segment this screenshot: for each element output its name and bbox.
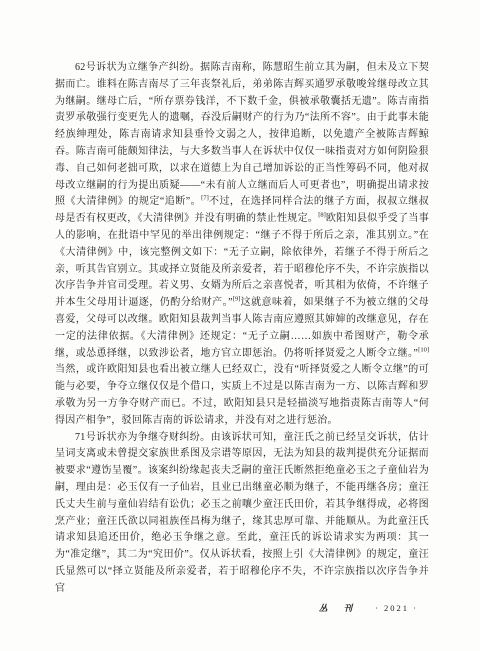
body-text: 62号诉状为立继争产纠纷。据陈吉南称，陈慧昭生前立其为嗣，但未及立下契据而亡。谁… [55,60,429,598]
page-footer: 丛 刊 · 2021 · [319,602,418,614]
journal-title: 丛 刊 [319,602,359,614]
footnote-ref: [8] [318,212,326,219]
footnote-ref: [7] [201,195,209,202]
footnote-ref: [10] [418,346,429,353]
paragraph: 71号诉状亦为争继夺财纠纷。由该诉状可知，童汪氏之前已经呈交诉状，估计呈词支离或… [55,430,429,598]
text-run: 62号诉状为立继争产纠纷。据陈吉南称，陈慧昭生前立其为嗣，但未及立下契据而亡。谁… [55,62,429,207]
footer-year: · 2021 · [375,603,418,613]
text-run: 欧阳知县似乎受了当事人的影响，在批语中罕见的举出律例规定：“继子不得于所后之亲，… [55,213,429,308]
document-page: 62号诉状为立继争产纠纷。据陈吉南称，陈慧昭生前立其为嗣，但未及立下契据而亡。谁… [0,0,480,651]
text-run: 当然，或许欧阳知县也看出被立继人已经双亡，没有“听择贤爱之人断令立继”的可能与必… [55,364,429,425]
paragraph: 62号诉状为立继争产纠纷。据陈吉南称，陈慧昭生前立其为嗣，但未及立下契据而亡。谁… [55,60,429,430]
text-run: 71号诉状亦为争继夺财纠纷。由该诉状可知，童汪氏之前已经呈交诉状，估计呈词支离或… [55,432,429,594]
